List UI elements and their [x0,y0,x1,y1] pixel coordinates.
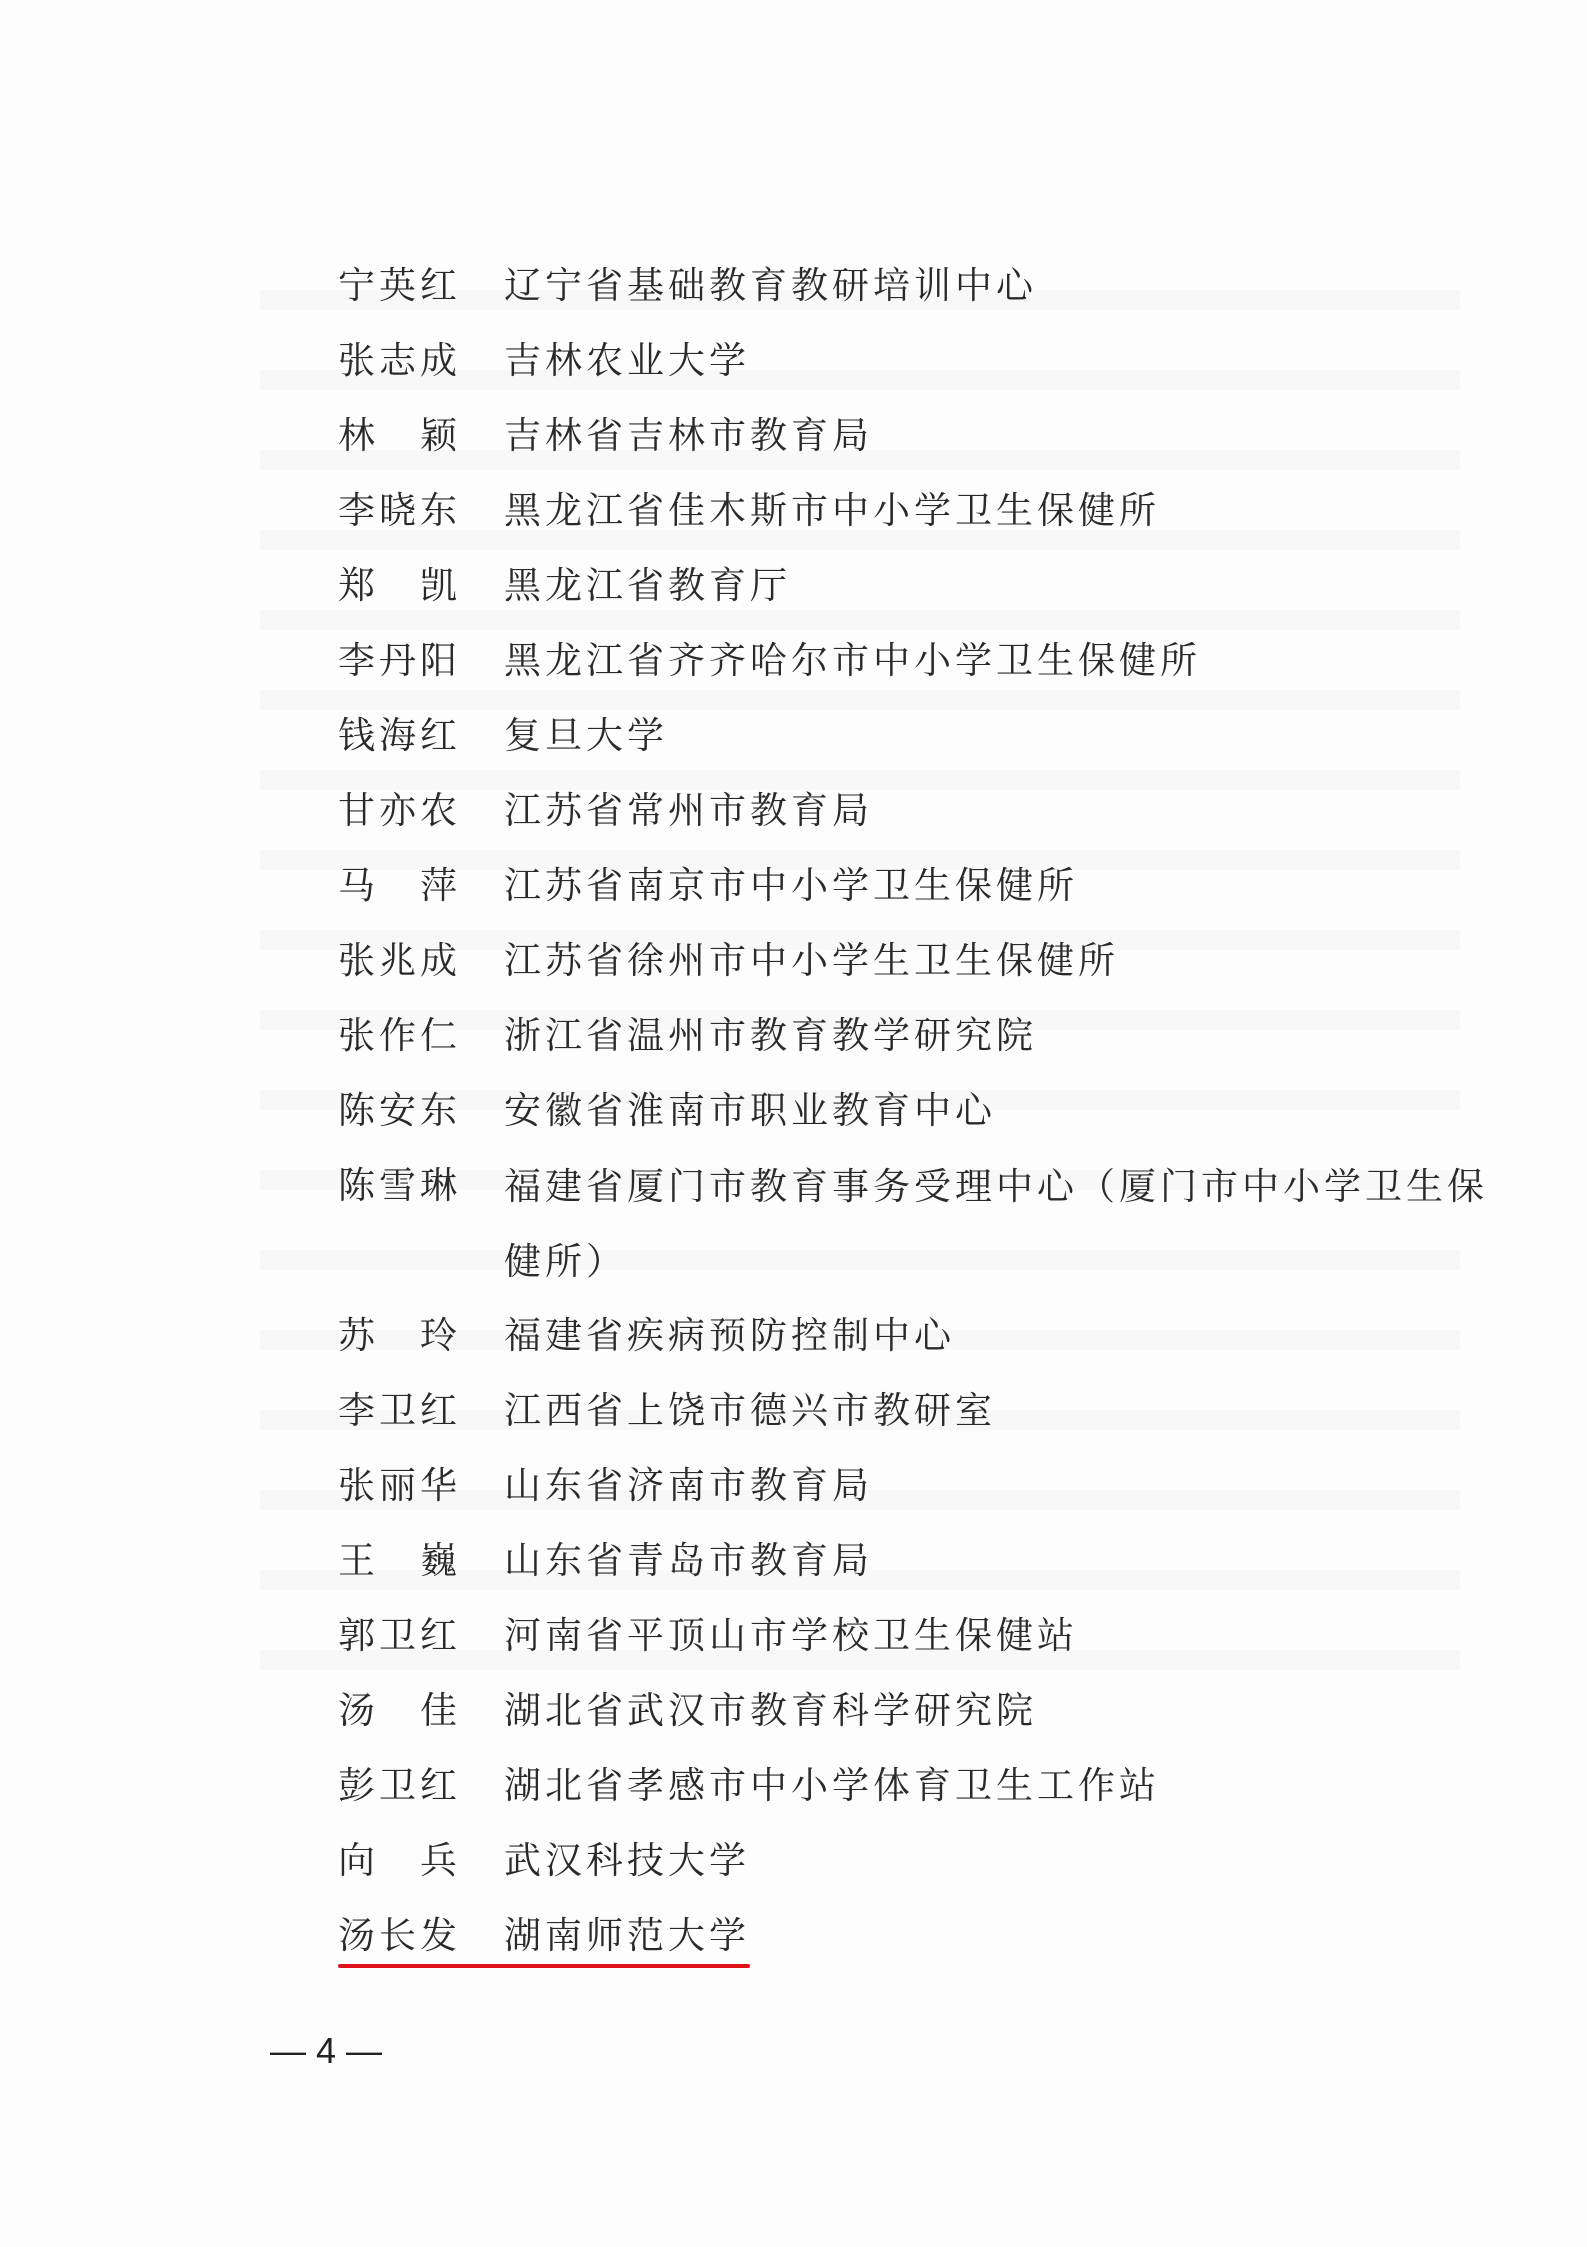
list-item: 张志成吉林农业大学 [338,337,1488,412]
list-item: 马 萍江苏省南京市中小学卫生保健所 [338,862,1488,937]
member-name: 汤长发 [338,1912,504,1960]
member-organization: 福建省厦门市教育事务受理中心（厦门市中小学卫生保健所） [504,1149,1488,1299]
member-organization: 湖北省武汉市教育科学研究院 [504,1687,1488,1735]
member-organization: 江苏省常州市教育局 [504,787,1488,835]
member-name: 张志成 [338,337,504,385]
list-item: 郭卫红河南省平顶山市学校卫生保健站 [338,1612,1488,1687]
list-item: 李卫红江西省上饶市德兴市教研室 [338,1387,1488,1462]
member-name: 张作仁 [338,1012,504,1060]
member-name: 陈雪琳 [338,1162,504,1210]
list-item: 汤 佳湖北省武汉市教育科学研究院 [338,1687,1488,1762]
member-name: 彭卫红 [338,1762,504,1810]
member-name: 宁英红 [338,262,504,310]
member-organization: 黑龙江省佳木斯市中小学卫生保健所 [504,487,1488,535]
member-organization: 黑龙江省教育厅 [504,562,1488,610]
list-item: 郑 凯黑龙江省教育厅 [338,562,1488,637]
member-organization: 山东省济南市教育局 [504,1462,1488,1510]
member-organization: 江苏省南京市中小学卫生保健所 [504,862,1488,910]
list-item: 林 颖吉林省吉林市教育局 [338,412,1488,487]
member-name: 李丹阳 [338,637,504,685]
member-organization: 武汉科技大学 [504,1837,1488,1885]
member-name: 马 萍 [338,862,504,910]
member-organization: 山东省青岛市教育局 [504,1537,1488,1585]
member-name: 郑 凯 [338,562,504,610]
list-item-highlighted: 汤长发湖南师范大学 [338,1912,1488,1987]
member-name: 王 巍 [338,1537,504,1585]
list-item: 向 兵武汉科技大学 [338,1837,1488,1912]
list-item: 陈雪琳福建省厦门市教育事务受理中心（厦门市中小学卫生保健所） [338,1162,1488,1312]
member-name: 钱海红 [338,712,504,760]
member-organization: 黑龙江省齐齐哈尔市中小学卫生保健所 [504,637,1488,685]
page-number: — 4 — [270,2030,382,2072]
list-item: 钱海红复旦大学 [338,712,1488,787]
list-item: 甘亦农江苏省常州市教育局 [338,787,1488,862]
member-organization: 安徽省淮南市职业教育中心 [504,1087,1488,1135]
member-organization: 福建省疾病预防控制中心 [504,1312,1488,1360]
member-organization: 湖北省孝感市中小学体育卫生工作站 [504,1762,1488,1810]
member-organization: 复旦大学 [504,712,1488,760]
member-name: 汤 佳 [338,1687,504,1735]
member-name: 向 兵 [338,1837,504,1885]
member-organization: 吉林省吉林市教育局 [504,412,1488,460]
list-item: 王 巍山东省青岛市教育局 [338,1537,1488,1612]
member-organization: 吉林农业大学 [504,337,1488,385]
list-item: 张作仁浙江省温州市教育教学研究院 [338,1012,1488,1087]
member-name: 苏 玲 [338,1312,504,1360]
list-item: 李晓东黑龙江省佳木斯市中小学卫生保健所 [338,487,1488,562]
member-organization: 江苏省徐州市中小学生卫生保健所 [504,937,1488,985]
member-list: 宁英红辽宁省基础教育教研培训中心 张志成吉林农业大学 林 颖吉林省吉林市教育局 … [338,262,1488,1987]
list-item: 张兆成江苏省徐州市中小学生卫生保健所 [338,937,1488,1012]
member-name: 陈安东 [338,1087,504,1135]
member-organization: 浙江省温州市教育教学研究院 [504,1012,1488,1060]
member-organization: 湖南师范大学 [504,1912,1488,1960]
member-name: 张兆成 [338,937,504,985]
member-name: 张丽华 [338,1462,504,1510]
member-organization: 江西省上饶市德兴市教研室 [504,1387,1488,1435]
member-name: 甘亦农 [338,787,504,835]
member-name: 李晓东 [338,487,504,535]
member-organization: 河南省平顶山市学校卫生保健站 [504,1612,1488,1660]
member-organization: 辽宁省基础教育教研培训中心 [504,262,1488,310]
member-name: 林 颖 [338,412,504,460]
member-name: 郭卫红 [338,1612,504,1660]
list-item: 彭卫红湖北省孝感市中小学体育卫生工作站 [338,1762,1488,1837]
list-item: 宁英红辽宁省基础教育教研培训中心 [338,262,1488,337]
list-item: 李丹阳黑龙江省齐齐哈尔市中小学卫生保健所 [338,637,1488,712]
red-highlight-underline [338,1964,750,1968]
list-item: 苏 玲福建省疾病预防控制中心 [338,1312,1488,1387]
list-item: 张丽华山东省济南市教育局 [338,1462,1488,1537]
member-name: 李卫红 [338,1387,504,1435]
